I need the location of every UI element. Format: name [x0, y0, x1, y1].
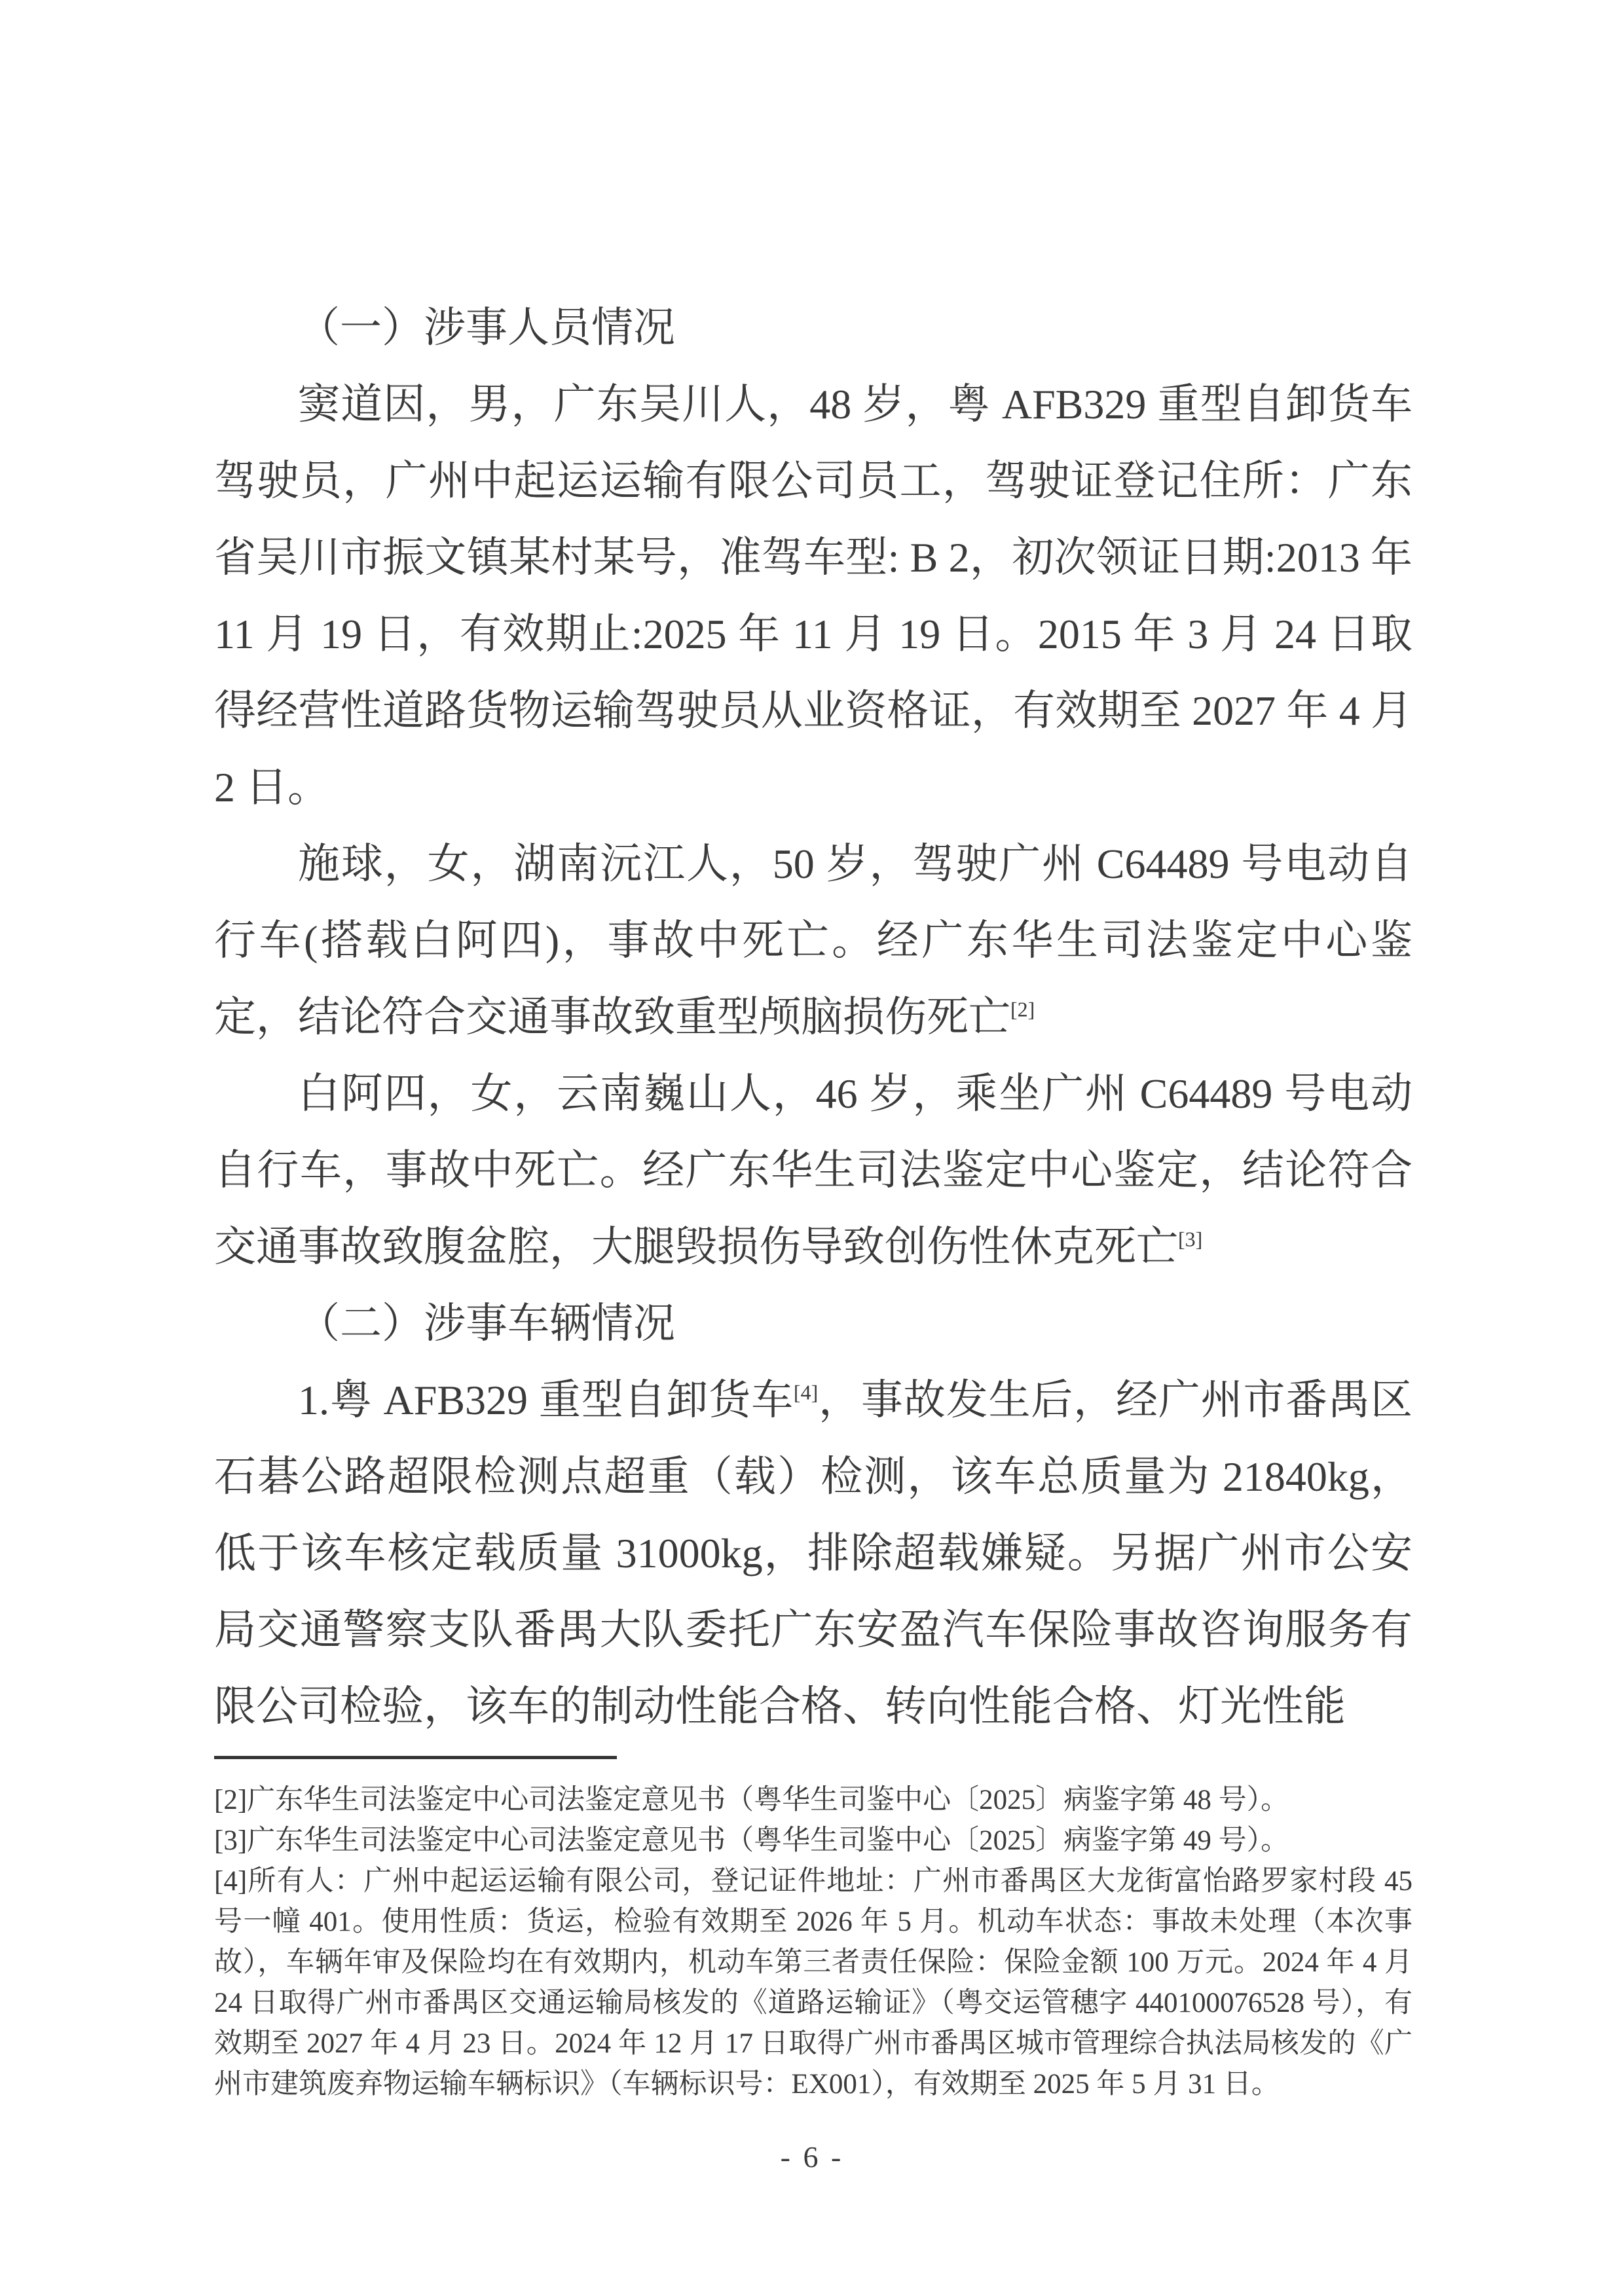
text-run: [4]所有人：广州中起运运输有限公司，登记证件地址：广州市番禺区大龙街富怡路罗家…	[214, 1866, 1412, 2100]
footnote-separator	[214, 1756, 617, 1759]
text-run: （一）涉事人员情况	[298, 304, 675, 351]
text-run: 施球，女，湖南沅江人，50 岁，驾驶广州 C64489 号电动自行车(搭载白阿四…	[214, 841, 1412, 1040]
section-heading: （一）涉事人员情况	[214, 289, 1412, 366]
text-run: （二）涉事车辆情况	[298, 1300, 675, 1347]
footnote-ref: [2]	[1010, 998, 1035, 1021]
text-run: [2]广东华生司法鉴定中心司法鉴定意见书（粤华生司鉴中心〔2025〕病鉴字第 4…	[214, 1785, 1289, 1815]
paragraph: 施球，女，湖南沅江人，50 岁，驾驶广州 C64489 号电动自行车(搭载白阿四…	[214, 826, 1412, 1055]
footnote-ref: [3]	[1178, 1228, 1202, 1251]
paragraph: 窦道因，男，广东吴川人，48 岁，粤 AFB329 重型自卸货车驾驶员，广州中起…	[214, 366, 1412, 826]
document-page: （一）涉事人员情况窦道因，男，广东吴川人，48 岁，粤 AFB329 重型自卸货…	[0, 0, 1624, 2296]
footnote-line: [2]广东华生司法鉴定中心司法鉴定意见书（粤华生司鉴中心〔2025〕病鉴字第 4…	[214, 1780, 1412, 1821]
page-number: - 6 -	[0, 2140, 1624, 2174]
text-run: 白阿四，女，云南巍山人，46 岁，乘坐广州 C64489 号电动自行车，事故中死…	[214, 1070, 1412, 1270]
paragraph: 白阿四，女，云南巍山人，46 岁，乘坐广州 C64489 号电动自行车，事故中死…	[214, 1055, 1412, 1285]
text-run: [3]广东华生司法鉴定中心司法鉴定意见书（粤华生司鉴中心〔2025〕病鉴字第 4…	[214, 1825, 1289, 1856]
section-heading: （二）涉事车辆情况	[214, 1285, 1412, 1362]
footnote-list: [2]广东华生司法鉴定中心司法鉴定意见书（粤华生司鉴中心〔2025〕病鉴字第 4…	[214, 1780, 1412, 2105]
paragraph: 1.粤 AFB329 重型自卸货车[4]，事故发生后，经广州市番禺区石碁公路超限…	[214, 1362, 1412, 1745]
text-run: 窦道因，男，广东吴川人，48 岁，粤 AFB329 重型自卸货车驾驶员，广州中起…	[214, 381, 1412, 811]
footnote-block: [2]广东华生司法鉴定中心司法鉴定意见书（粤华生司鉴中心〔2025〕病鉴字第 4…	[214, 1756, 1412, 2105]
text-run: 1.粤 AFB329 重型自卸货车	[298, 1377, 794, 1423]
footnote-ref: [4]	[794, 1381, 818, 1404]
document-body: （一）涉事人员情况窦道因，男，广东吴川人，48 岁，粤 AFB329 重型自卸货…	[214, 289, 1412, 1745]
text-run: ，事故发生后，经广州市番禺区石碁公路超限检测点超重（载）检测，该车总质量为 21…	[214, 1377, 1412, 1730]
footnote-line: [4]所有人：广州中起运运输有限公司，登记证件地址：广州市番禺区大龙街富怡路罗家…	[214, 1861, 1412, 2105]
footnote-line: [3]广东华生司法鉴定中心司法鉴定意见书（粤华生司鉴中心〔2025〕病鉴字第 4…	[214, 1821, 1412, 1861]
